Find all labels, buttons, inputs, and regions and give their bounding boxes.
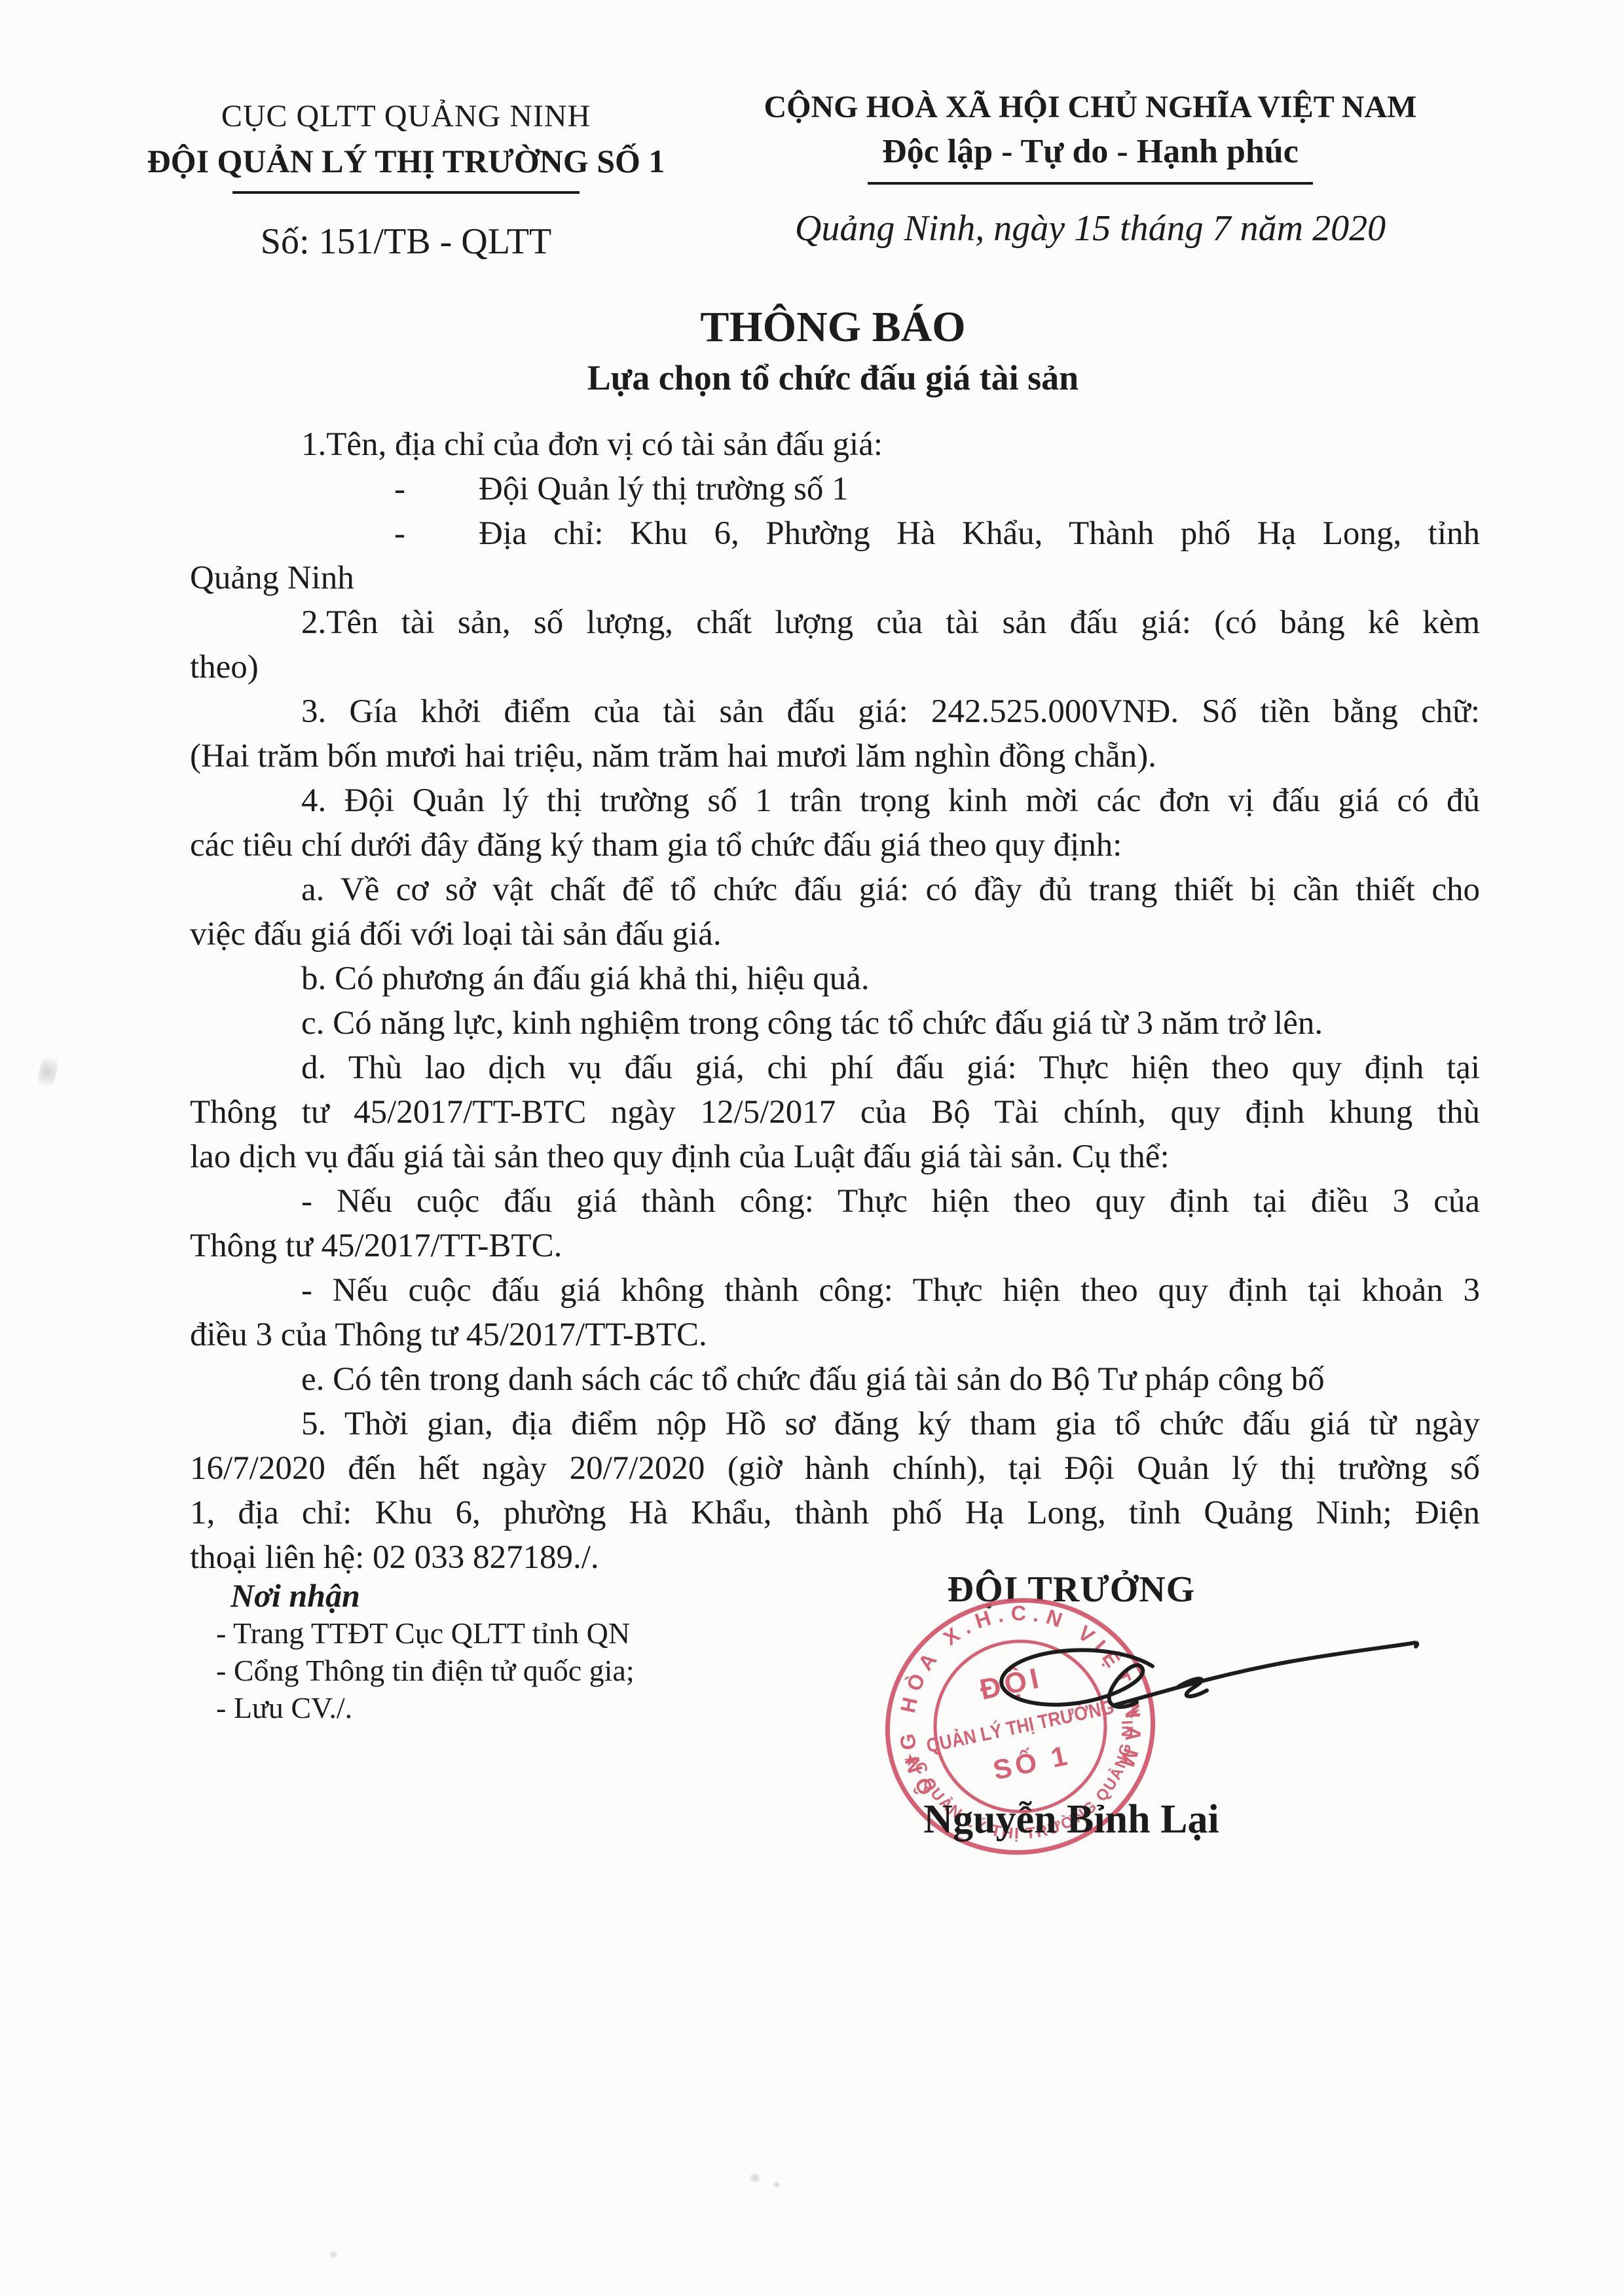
signer-name: Nguyễn Bỉnh Lại <box>875 1796 1268 1843</box>
scan-artifact <box>329 2251 338 2259</box>
signature-icon <box>950 1617 1467 1768</box>
body-line: c. Có năng lực, kinh nghiệm trong công t… <box>190 1001 1480 1046</box>
body-line: 5. Thời gian, địa điểm nộp Hồ sơ đăng ký… <box>190 1402 1480 1446</box>
bullet-text: Địa chỉ: Khu 6, Phường Hà Khẩu, Thành ph… <box>405 515 1480 552</box>
header-rule-left <box>232 191 580 194</box>
body-line: d. Thù lao dịch vụ đấu giá, chi phí đấu … <box>190 1046 1480 1090</box>
national-title: CỘNG HOÀ XÃ HỘI CHỦ NGHĨA VIỆT NAM <box>753 88 1428 127</box>
body-line: -Đội Quản lý thị trường số 1 <box>190 467 1480 511</box>
body-lines: 1.Tên, địa chỉ của đơn vị có tài sản đấu… <box>190 422 1480 1580</box>
body-line: - Nếu cuộc đấu giá không thành công: Thự… <box>190 1268 1480 1313</box>
scan-artifact <box>35 1051 60 1092</box>
bullet-dash: - <box>394 471 405 507</box>
issuing-unit: ĐỘI QUẢN LÝ THỊ TRƯỜNG SỐ 1 <box>111 141 701 181</box>
bullet-dash: - <box>394 515 405 552</box>
body-line: Quảng Ninh <box>190 556 1480 600</box>
body-line: lao dịch vụ đấu giá tài sản theo quy địn… <box>190 1135 1480 1179</box>
bullet-text: Đội Quản lý thị trường số 1 <box>405 471 849 507</box>
body-line: 16/7/2020 đến hết ngày 20/7/2020 (giờ hà… <box>190 1446 1480 1491</box>
recipient-item: - Cổng Thông tin điện tử quốc gia; <box>216 1652 635 1689</box>
body-line: các tiêu chí dưới đây đăng ký tham gia t… <box>190 823 1480 867</box>
body-line: 1.Tên, địa chỉ của đơn vị có tài sản đấu… <box>190 422 1480 467</box>
doc-subtitle: Lựa chọn tổ chức đấu giá tài sản <box>191 356 1475 399</box>
body-line: - Nếu cuộc đấu giá thành công: Thực hiện… <box>190 1179 1480 1224</box>
scan-artifact <box>748 2174 762 2183</box>
body-line: điều 3 của Thông tư 45/2017/TT-BTC. <box>190 1313 1480 1357</box>
document-page: CỤC QLTT QUẢNG NINH ĐỘI QUẢN LÝ THỊ TRƯỜ… <box>0 0 1624 2296</box>
header-right: CỘNG HOÀ XÃ HỘI CHỦ NGHĨA VIỆT NAM Độc l… <box>753 88 1428 250</box>
body-line: 3. Gía khởi điểm của tài sản đấu giá: 24… <box>190 689 1480 734</box>
body-line: 2.Tên tài sản, số lượng, chất lượng của … <box>190 600 1480 645</box>
doc-title: THÔNG BÁO <box>191 302 1475 352</box>
scan-artifact <box>773 2181 781 2188</box>
body-line: Thông tư 45/2017/TT-BTC. <box>190 1224 1480 1268</box>
body-line: (Hai trăm bốn mươi hai triệu, năm trăm h… <box>190 734 1480 778</box>
body-line: -Địa chỉ: Khu 6, Phường Hà Khẩu, Thành p… <box>190 511 1480 556</box>
recipients-block: - Trang TTĐT Cục QLTT tỉnh QN - Cổng Thô… <box>216 1614 635 1726</box>
body-line: b. Có phương án đấu giá khả thi, hiệu qu… <box>190 957 1480 1001</box>
body-line: 4. Đội Quản lý thị trường số 1 trân trọn… <box>190 778 1480 823</box>
body-line: thoại liên hệ: 02 033 827189./. <box>190 1535 1480 1580</box>
national-motto: Độc lập - Tự do - Hạnh phúc <box>753 131 1428 173</box>
header-rule-right <box>868 182 1313 185</box>
recipients-label: Nơi nhận <box>231 1576 360 1614</box>
body-line: Thông tư 45/2017/TT-BTC ngày 12/5/2017 c… <box>190 1090 1480 1135</box>
body-line: việc đấu giá đối với loại tài sản đấu gi… <box>190 912 1480 957</box>
body-line: a. Về cơ sở vật chất để tổ chức đấu giá:… <box>190 867 1480 912</box>
body-line: e. Có tên trong danh sách các tổ chức đấ… <box>190 1357 1480 1402</box>
place-dateline: Quảng Ninh, ngày 15 tháng 7 năm 2020 <box>753 207 1428 250</box>
body-line: 1, địa chỉ: Khu 6, phường Hà Khẩu, thành… <box>190 1491 1480 1535</box>
issuing-agency: CỤC QLTT QUẢNG NINH <box>111 97 701 136</box>
recipient-item: - Trang TTĐT Cục QLTT tỉnh QN <box>216 1614 635 1652</box>
recipient-item: - Lưu CV./. <box>216 1689 635 1726</box>
body-line: theo) <box>190 645 1480 689</box>
header-left: CỤC QLTT QUẢNG NINH ĐỘI QUẢN LÝ THỊ TRƯỜ… <box>111 97 701 263</box>
doc-number: Số: 151/TB - QLTT <box>111 220 701 263</box>
